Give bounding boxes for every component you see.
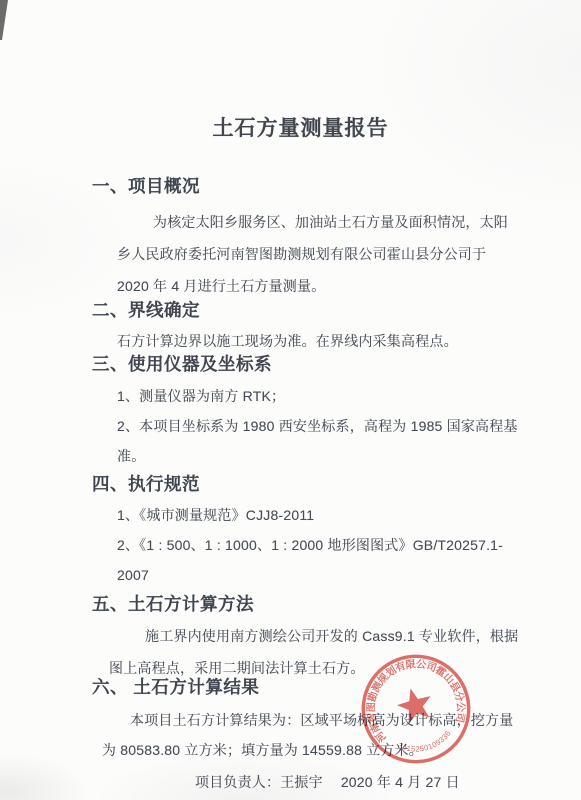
list-item-instrument: 1、测量仪器为南方 RTK；	[117, 381, 521, 411]
section-heading-1: 一、项目概况	[92, 173, 521, 199]
list-item-standard-1: 1、《城市测量规范》CJJ8-2011	[117, 500, 521, 530]
document-body: 一、项目概况 为核定太阳乡服务区、加油站土石方量及面积情况，太阳乡人民政府委托河…	[117, 167, 521, 797]
paragraph-project-overview: 为核定太阳乡服务区、加油站土石方量及面积情况，太阳乡人民政府委托河南智图勘测规划…	[117, 206, 521, 302]
scan-artifact-corner	[0, 0, 8, 40]
list-item-standard-2: 2、《1 : 500、1 : 1000、1 : 2000 地形图图式》GB/T2…	[117, 530, 521, 590]
section-heading-5: 五、土石方计算方法	[92, 591, 521, 617]
paragraph-result: 本项目土石方计算结果为：区域平场标高为设计标高，挖方量为 80583.80 立方…	[102, 705, 521, 765]
signature-date: 2020 年 4 月 27 日	[341, 774, 460, 790]
list-item-coordinate-system: 2、本项目坐标系为 1980 西安坐标系，高程为 1985 国家高程基准。	[117, 411, 521, 471]
signature-line: 项目负责人：王振宇2020 年 4 月 27 日	[195, 767, 521, 797]
signature-name: 项目负责人：王振宇	[195, 774, 323, 790]
document-page: 土石方量测量报告 一、项目概况 为核定太阳乡服务区、加油站土石方量及面积情况，太…	[0, 0, 581, 800]
page-title: 土石方量测量报告	[0, 112, 581, 142]
section-heading-4: 四、执行规范	[92, 471, 521, 497]
